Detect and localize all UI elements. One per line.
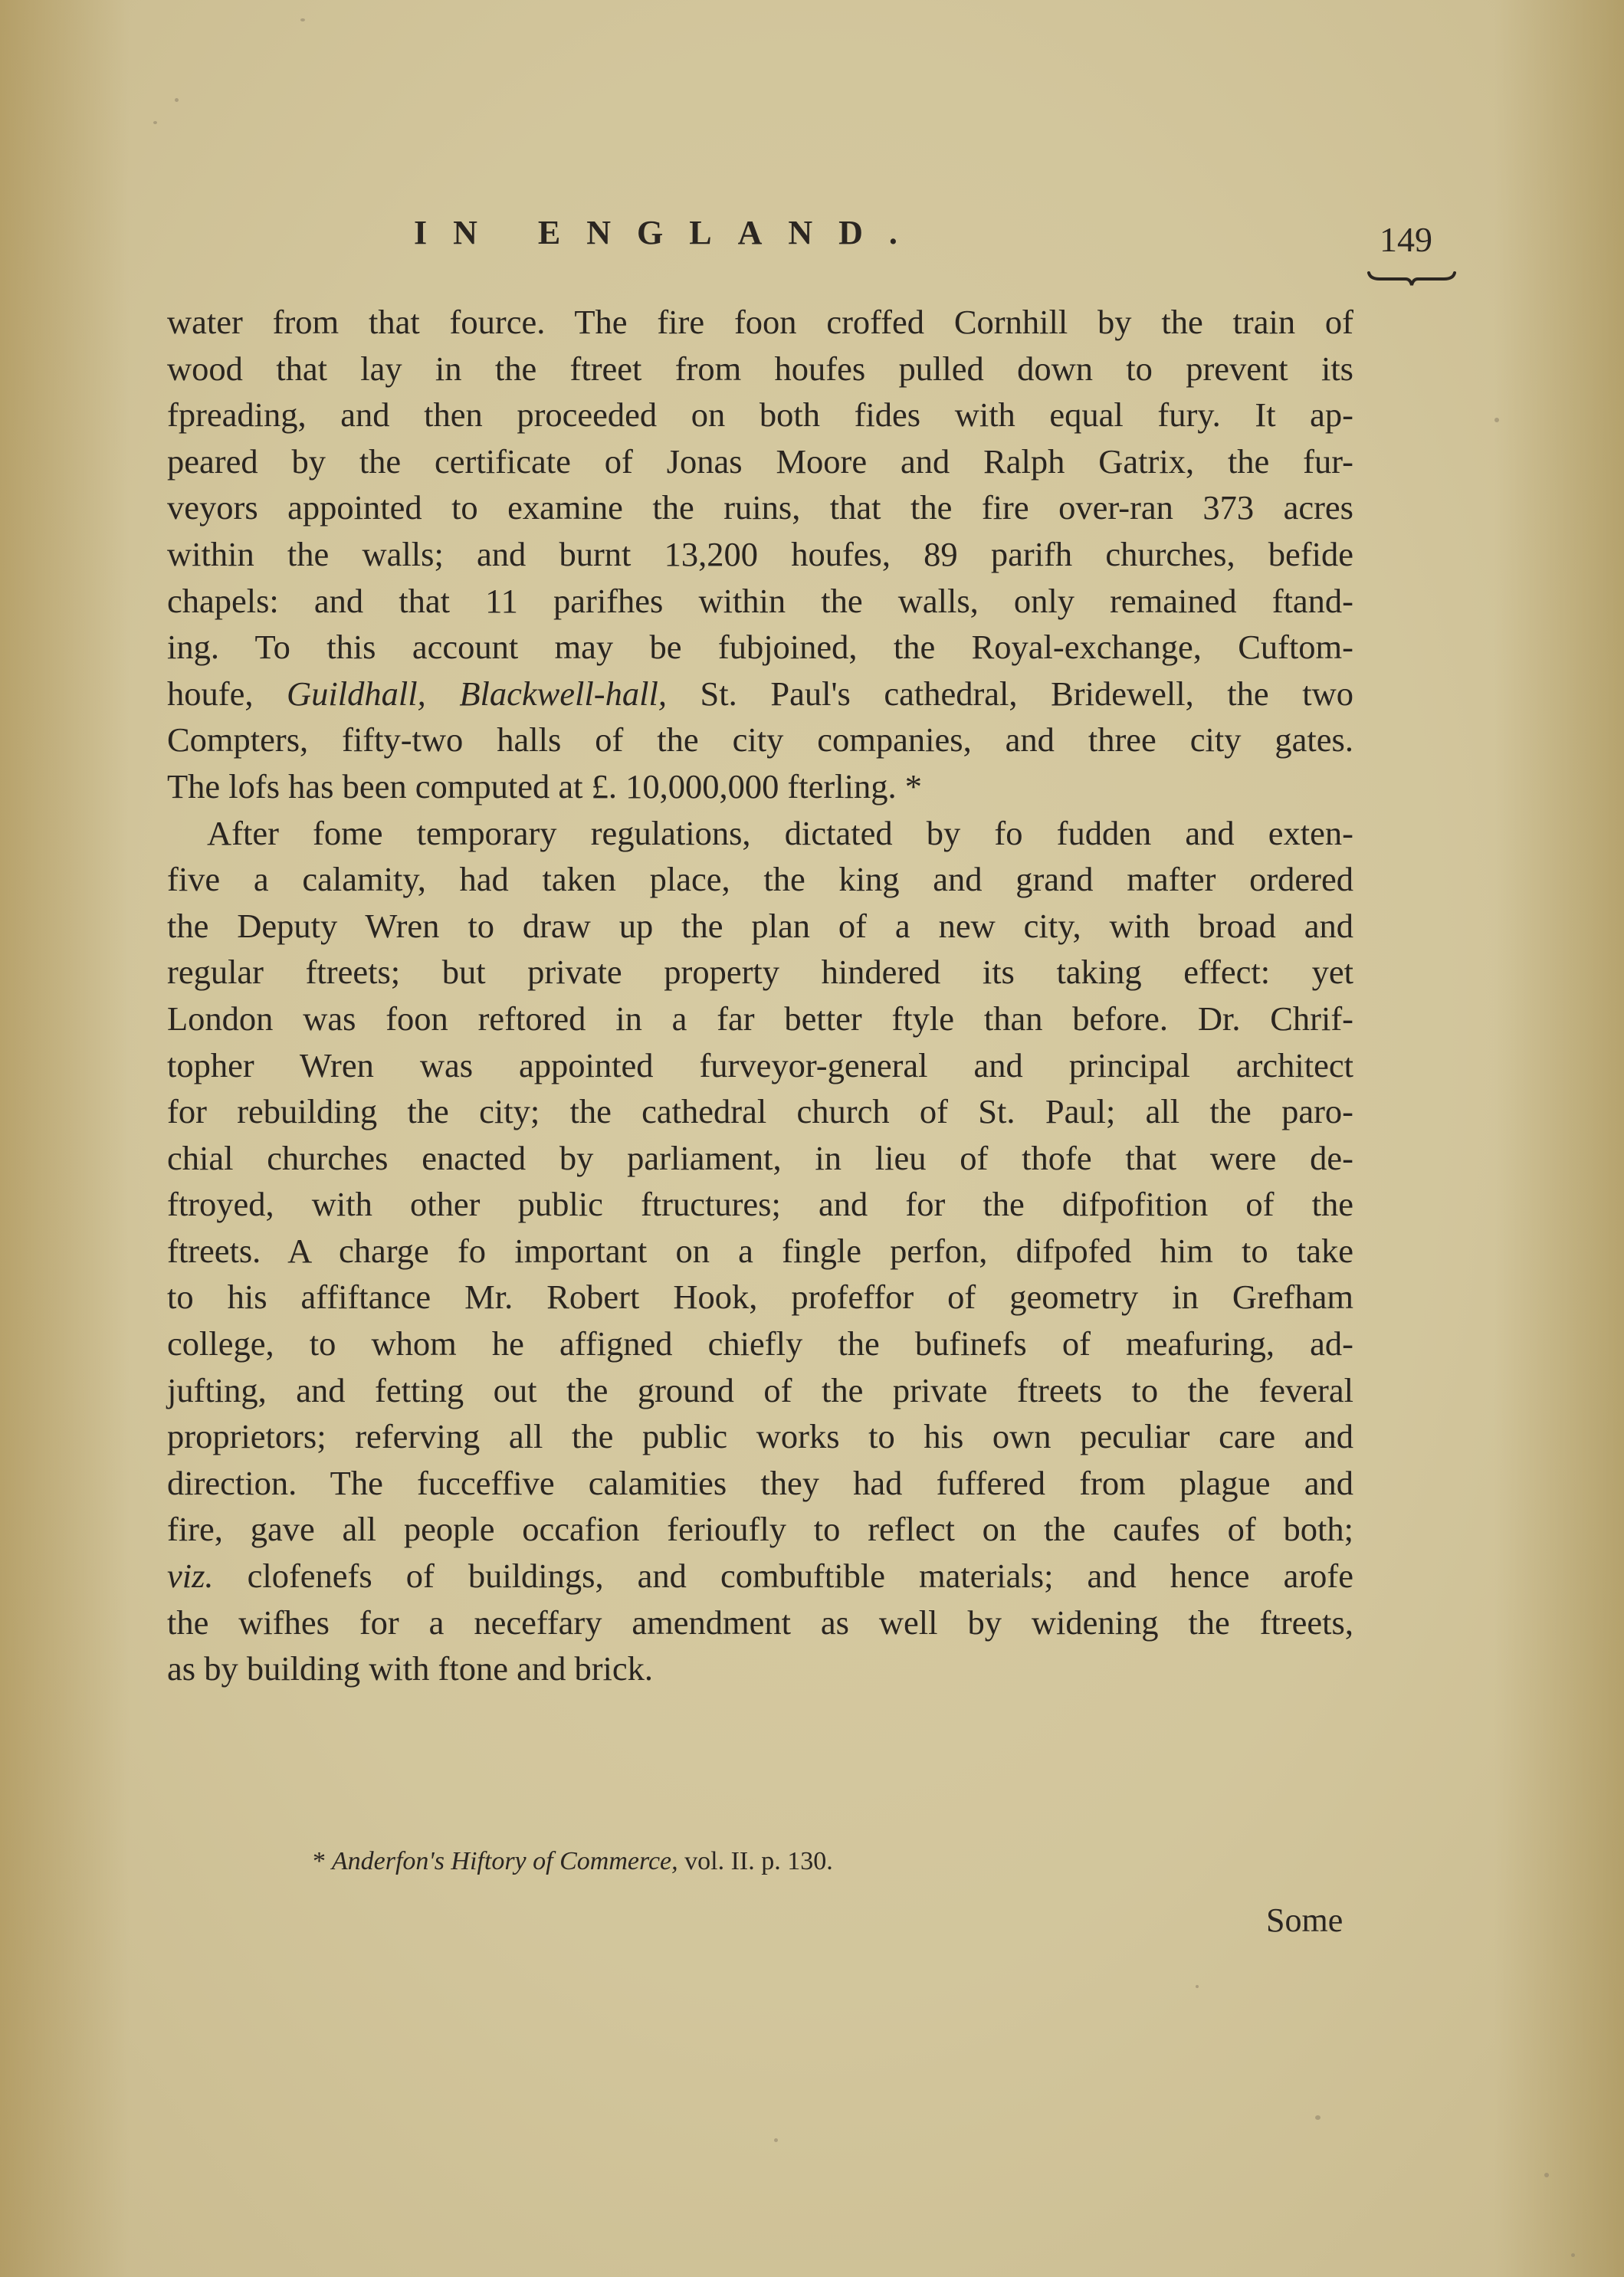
text-segment: St. Paul's cathedral, Bridewell, the two xyxy=(667,674,1353,713)
body-text: water from that fource. The fire foon cr… xyxy=(167,299,1353,1692)
text-segment: houfe, xyxy=(167,674,287,713)
footnote-marker: * xyxy=(313,1847,326,1875)
paper-speck xyxy=(1571,2253,1575,2257)
paper-speck xyxy=(1315,2115,1321,2120)
text-line: After fome temporary regulations, dictat… xyxy=(167,810,1353,857)
text-line: chapels: and that 11 parifhes within the… xyxy=(167,578,1353,625)
book-page: IN ENGLAND. 149 water from that fource. … xyxy=(0,0,1624,2277)
text-line: viz. clofenefs of buildings, and combuft… xyxy=(167,1553,1353,1599)
paper-speck xyxy=(300,18,305,21)
footnote: * Anderfon's Hiftory of Commerce, vol. I… xyxy=(313,1847,833,1876)
text-line: to his affiftance Mr. Robert Hook, profe… xyxy=(167,1274,1353,1321)
footnote-reference: vol. II. p. 130. xyxy=(678,1847,833,1875)
text-line: wood that lay in the ftreet from houfes … xyxy=(167,346,1353,392)
paper-speck xyxy=(153,121,157,124)
paper-speck xyxy=(774,2138,778,2142)
text-line: jufting, and fetting out the ground of t… xyxy=(167,1367,1353,1414)
text-line: ftroyed, with other public ftructures; a… xyxy=(167,1181,1353,1228)
paper-speck xyxy=(1494,418,1499,422)
paper-speck xyxy=(175,98,179,102)
text-line: veyors appointed to examine the ruins, t… xyxy=(167,484,1353,531)
italic-place-names: Guildhall, Blackwell-hall, xyxy=(287,674,667,713)
text-line: for rebuilding the city; the cathedral c… xyxy=(167,1088,1353,1135)
text-line: London was foon reftored in a far better… xyxy=(167,996,1353,1042)
text-line: chial churches enacted by parliament, in… xyxy=(167,1135,1353,1182)
text-line: houfe, Guildhall, Blackwell-hall, St. Pa… xyxy=(167,671,1353,717)
running-title: IN ENGLAND. xyxy=(414,213,924,252)
paper-speck xyxy=(1196,1985,1199,1988)
page-number: 149 xyxy=(1380,219,1432,260)
text-line: proprietors; referving all the public wo… xyxy=(167,1413,1353,1460)
text-line: college, to whom he affigned chiefly the… xyxy=(167,1321,1353,1367)
text-line: fire, gave all people occafion ferioufly… xyxy=(167,1506,1353,1553)
text-line: peared by the certificate of Jonas Moore… xyxy=(167,438,1353,485)
catchword: Some xyxy=(1266,1901,1343,1940)
text-line: the wifhes for a neceffary amendment as … xyxy=(167,1599,1353,1646)
text-line: within the walls; and burnt 13,200 houfe… xyxy=(167,531,1353,578)
paper-speck xyxy=(1544,2173,1549,2177)
text-line: fpreading, and then proceeded on both fi… xyxy=(167,392,1353,438)
text-segment: clofenefs of buildings, and combuftible … xyxy=(214,1557,1353,1595)
text-line: ing. To this account may be fubjoined, t… xyxy=(167,624,1353,671)
text-line: as by building with ftone and brick. xyxy=(167,1645,1353,1692)
text-line: the Deputy Wren to draw up the plan of a… xyxy=(167,903,1353,950)
text-line: regular ftreets; but private property hi… xyxy=(167,949,1353,996)
page-number-brace-ornament xyxy=(1366,270,1458,287)
text-line: topher Wren was appointed furveyor-gener… xyxy=(167,1042,1353,1089)
text-line: direction. The fucceffive calamities the… xyxy=(167,1460,1353,1507)
text-line: The lofs has been computed at £. 10,000,… xyxy=(167,763,1353,810)
footnote-source: Anderfon's Hiftory of Commerce, xyxy=(332,1847,678,1875)
text-line: ftreets. A charge fo important on a fing… xyxy=(167,1228,1353,1275)
italic-viz: viz. xyxy=(167,1557,214,1595)
text-line: water from that fource. The fire foon cr… xyxy=(167,299,1353,346)
text-line: five a calamity, had taken place, the ki… xyxy=(167,856,1353,903)
text-line: Compters, fifty-two halls of the city co… xyxy=(167,717,1353,763)
